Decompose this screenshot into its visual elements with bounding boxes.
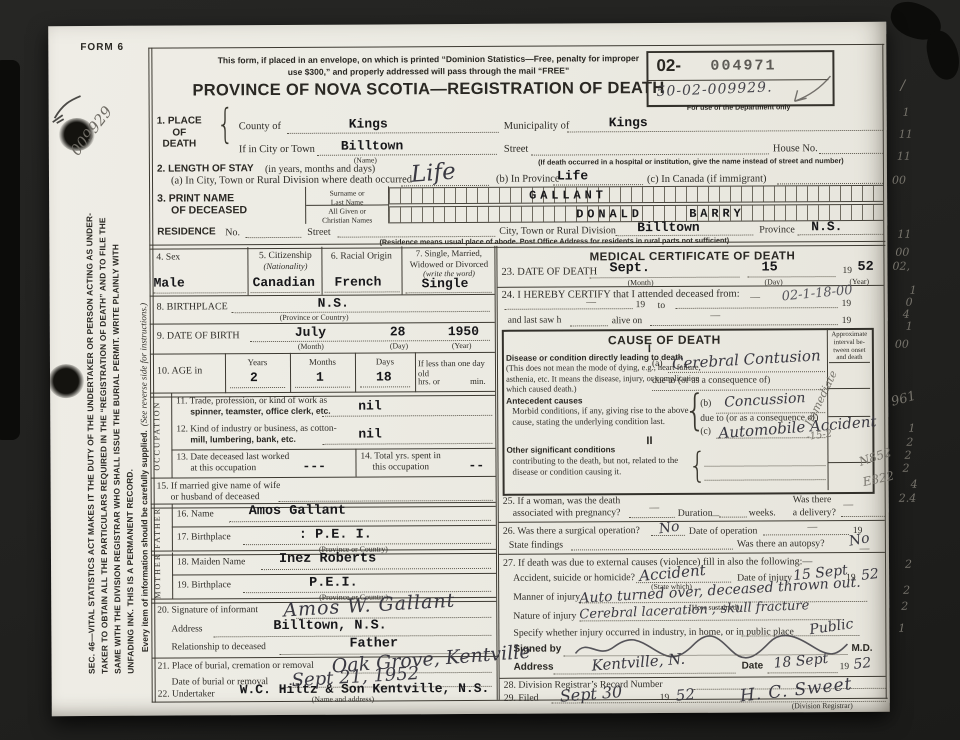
interval-header: Approximateinterval be-tween onset and d… [829, 331, 870, 363]
s8-line [232, 310, 490, 313]
pencil-mark: — [807, 520, 818, 533]
s19-label: 19. Birthplace [177, 580, 231, 590]
interval-rule2 [828, 416, 870, 417]
pencil-mark: 4 [903, 308, 910, 321]
s4-value: Male [154, 275, 185, 290]
s27-nature-line [579, 618, 841, 621]
s14-l2: this occupation [372, 462, 429, 472]
pencil-mark: 11 [897, 150, 911, 163]
interval-rule1 [828, 388, 870, 389]
s1-heading-l3: DEATH [157, 138, 202, 150]
s13-value: --- [302, 459, 325, 474]
father-strip-label: FATHER [153, 505, 171, 551]
s1-heading-l2: OF [157, 127, 202, 139]
given-name-1: DONALD [576, 207, 643, 221]
s5-label: 5. Citizenship [249, 251, 321, 261]
s1-house-label: House No. [773, 143, 818, 154]
reverse-side-note: (See reverse side for instructions.) [138, 303, 149, 426]
s9-m-note: (Month) [298, 342, 324, 351]
s22-note: (Name and address) [312, 695, 374, 704]
s10-l1 [230, 386, 285, 388]
s1-county-value: Kings [349, 116, 388, 131]
s26-line1 [651, 534, 685, 536]
s23-year: 52 [857, 260, 873, 275]
pencil-mark: 961 [890, 389, 918, 410]
given-name-2: BARRY [689, 207, 745, 221]
s10-l3 [360, 385, 410, 387]
s7-label: 7. Single, Married, Widowed or Divorced … [404, 248, 493, 279]
s11-line [322, 414, 492, 417]
s27-addr-line [554, 672, 736, 675]
rule-under-row25 [499, 520, 885, 523]
s26-findings: State findings [509, 540, 563, 551]
mail-note-line1: This form, if placed in an envelope, on … [188, 53, 668, 67]
s24-l1 [505, 307, 633, 310]
surname-grid: GALLANT [389, 185, 883, 205]
s1-heading-l1: 1. PLACE [157, 115, 202, 127]
s2-sub: (in years, months and days) [265, 163, 375, 175]
s10-l2 [295, 386, 350, 388]
s7-label-l2: Widowed or Divorced [404, 258, 493, 269]
s16-label: 16. Name [177, 509, 214, 519]
s20-addr-value: Billtown, N.S. [273, 618, 386, 634]
s15-l2: or husband of deceased [171, 492, 260, 502]
s13-l2: at this occupation [190, 463, 256, 473]
s2b-label: (b) In Province [496, 174, 560, 185]
pencil-mark: 4 [911, 478, 918, 491]
s8-note: (Province or Country) [280, 313, 349, 322]
certificate-paper: FORM 6 009929 SEC. 46—VITAL STATISTICS A… [48, 22, 890, 716]
s26-autopsy-value: No [848, 530, 871, 549]
pencil-mark: 2 [903, 584, 910, 597]
pencil-mark: 2 [906, 436, 913, 449]
scanned-death-certificate: FORM 6 009929 SEC. 46—VITAL STATISTICS A… [0, 0, 960, 740]
supplied-text: Every item of information should be care… [139, 430, 150, 652]
s1-street-label: Street [504, 144, 529, 155]
s6-label: 6. Racial Origin [323, 251, 399, 261]
s20-label: 20. Signature of informant [157, 605, 258, 616]
s1-heading: 1. PLACE OF DEATH [157, 115, 202, 150]
s25-weeks: weeks. [749, 507, 776, 518]
s15-l1: 15. If married give name of wife [157, 481, 281, 492]
s10-label: 10. AGE in [157, 365, 202, 376]
cause-due1: due to (or as a consequence of) [652, 375, 770, 386]
rule-under-row13 [151, 476, 496, 479]
occupation-strip-border [171, 394, 172, 478]
rule-under-row9 [150, 352, 495, 355]
form-border-right [882, 44, 886, 699]
cause-title: CAUSE OF DEATH [502, 332, 827, 348]
pencil-mark: — [710, 309, 721, 322]
s27-doi-year: 52 [860, 566, 879, 584]
s11-l2: spinner, teamster, office clerk, etc. [190, 406, 330, 417]
supplied-notice: Every item of information should be care… [133, 232, 148, 652]
s25-line1 [629, 516, 675, 518]
s26-q: 26. Was there a surgical operation? [503, 525, 640, 537]
s11-value: nil [358, 398, 381, 413]
pencil-mark: 00 [892, 174, 906, 187]
s16-value: Amos Gallant [249, 504, 346, 520]
cause-roman-II: II [646, 435, 652, 447]
s1-county-line [287, 131, 499, 134]
s5-line [251, 291, 320, 293]
stamp-handwritten-number: 50-02-009929. [656, 79, 773, 100]
pencil-mark: 11 [899, 128, 913, 141]
s9-label: 9. DATE OF BIRTH [157, 330, 240, 341]
pencil-mark: 1 [908, 422, 915, 435]
pencil-mark: 02, [892, 260, 910, 273]
occupation-strip-label: OCCUPATION [152, 394, 170, 478]
s20-rel-label: Relationship to deceased [171, 642, 266, 652]
s10-months-h: Months [290, 357, 355, 367]
s27-ash-label: Accident, suicide or homicide? [513, 572, 635, 584]
s23-label: 23. DATE OF DEATH [501, 266, 597, 278]
s27-date-year: 52 [853, 655, 872, 673]
s24-l3 [570, 324, 608, 326]
cause-antecedent-label: Antecedent causes [506, 395, 582, 405]
s13-s14-divider [355, 449, 356, 477]
s27-manner-label: Manner of injury [513, 591, 580, 602]
s27-md: M.D. [851, 643, 872, 654]
s2c-label: (c) In Canada (if immigrant) [647, 173, 767, 185]
s7-value: Single [422, 276, 469, 291]
pencil-mark: 2 [904, 449, 911, 462]
s25-l2: associated with pregnancy? [513, 507, 621, 519]
rule-under-row12 [171, 448, 495, 451]
pencil-mark: — [843, 498, 854, 511]
s9-month: July [295, 325, 326, 340]
s24-l2 [676, 306, 838, 309]
s13-l1: 13. Date deceased last worked [176, 452, 289, 463]
pencil-mark: 1 [903, 106, 910, 119]
s10-v4 [415, 352, 416, 392]
residence-street-label: Street [307, 227, 330, 238]
s26-date-label: Date of operation [689, 525, 758, 536]
s8-label: 8. BIRTHPLACE [157, 301, 228, 312]
residence-prov-value: N.S. [811, 219, 842, 234]
s25-l1: 25. If a woman, was the death [503, 495, 621, 507]
mother-strip-label: MOTHER [153, 553, 171, 599]
s9-y-note: (Year) [452, 341, 472, 350]
cause-a-label: (a) [652, 359, 663, 369]
cause-other-label: Other significant conditions [506, 445, 615, 455]
s10-years-h: Years [225, 357, 290, 367]
film-blotch [923, 27, 960, 82]
s10-days-h: Days [355, 356, 415, 366]
surname-value: GALLANT [529, 188, 607, 202]
s24-19c: 19 [842, 316, 852, 326]
cause-c-label: (c) [700, 427, 711, 437]
pencil-mark: 1 [906, 320, 913, 333]
s26-line2 [763, 533, 849, 535]
film-edge [0, 60, 20, 440]
s10-hrs: hrs. or [418, 376, 440, 386]
s1-municipality-label: Municipality of [504, 120, 570, 131]
s24-l4 [650, 323, 838, 326]
s23-l2 [748, 275, 836, 277]
s18-value: Inez Roberts [279, 551, 376, 567]
s24-lastsaw: and last saw h [508, 316, 562, 326]
s26-autopsy: Was there an autopsy? [737, 538, 825, 549]
statute-notice: SEC. 46—VITAL STATISTICS ACT MAKES IT TH… [83, 204, 129, 674]
residence-city-label: City, Town or Rural Division [499, 225, 616, 237]
pen-arrow-scribble [786, 74, 834, 108]
s24-19a: 19 [636, 300, 646, 310]
s19-value: P.E.I. [309, 576, 358, 591]
s5-sub: (Nationality) [249, 261, 321, 271]
residence-city-value: Billtown [637, 220, 699, 235]
s18-label: 18. Maiden Name [177, 557, 245, 567]
s2a-value: Life [410, 159, 457, 188]
s3-given-label: All Given orChristian Names [306, 206, 388, 224]
pencil-mark: 11 [897, 228, 911, 241]
pencil-mark: 00 [895, 246, 909, 259]
form-border-top [148, 44, 884, 49]
s23-l1 [590, 276, 740, 279]
pencil-mark: 1 [898, 622, 905, 635]
s14-l1: 14. Total yrs. spent in [360, 451, 440, 461]
s1-brace: { [217, 101, 234, 148]
medical-title: MEDICAL CERTIFICATE OF DEATH [501, 250, 883, 264]
s24-alive: alive on [612, 316, 642, 326]
pencil-mark: 2 [905, 558, 912, 571]
s9-day: 28 [390, 324, 406, 339]
stamp-prefix: 02- [656, 56, 681, 76]
s24-to: to [658, 301, 665, 311]
s23-month: Sept. [609, 261, 650, 276]
residence-prov-label: Province [759, 224, 795, 235]
form-number: FORM 6 [80, 42, 124, 53]
s27-date-line [768, 671, 838, 673]
residence-label: RESIDENCE [157, 226, 215, 237]
cause-other-note: contributing to the death, but not, rela… [512, 455, 700, 478]
s8-value: N.S. [318, 296, 349, 311]
s12-l1: 12. Kind of industry or business, as cot… [176, 424, 336, 435]
pencil-mark: 1 [910, 284, 917, 297]
s12-line [322, 442, 492, 445]
s25-wt1: Was there [793, 494, 832, 505]
cause-morbid-note: Morbid conditions, if any, giving rise t… [512, 405, 690, 428]
s1-hospital-note: (If death occurred in a hospital or inst… [497, 156, 885, 167]
s23-day: 15 [761, 260, 777, 275]
s7-label-l1: 7. Single, Married, [404, 248, 493, 259]
rule-under-row26 [499, 552, 885, 555]
s2b-value: Life [557, 168, 588, 183]
s2a-label: (a) In City, Town or Rural Division wher… [171, 174, 412, 186]
s3-heading-l2: OF DECEASED [171, 204, 247, 216]
s27-19b: 19 [840, 662, 850, 672]
s25-wt2: a delivery? [793, 507, 836, 518]
s6-value: French [335, 274, 382, 289]
s6-line [325, 290, 400, 292]
s16-line [229, 519, 491, 522]
s1-county-label: County of [239, 121, 281, 132]
pencil-mark: — [649, 501, 660, 514]
residence-no-label: No. [225, 227, 240, 238]
s20-addr-label: Address [171, 624, 202, 634]
s29-note: (Division Registrar) [792, 701, 853, 710]
s25-duration: Duration [678, 508, 713, 519]
s9-year: 1950 [448, 324, 479, 339]
s27-date-label: Date [742, 660, 764, 671]
pencil-mark: 2 [902, 462, 909, 475]
s9-d-note: (Day) [390, 341, 408, 350]
s1-street-line [531, 152, 769, 155]
s17-label: 17. Birthplace [177, 532, 231, 542]
s4-line [154, 291, 246, 293]
s20-rel-value: Father [349, 636, 398, 651]
stamp-number: 004971 [710, 57, 776, 74]
s1-municipality-value: Kings [609, 115, 648, 130]
s5-value: Canadian [253, 275, 315, 290]
s2-heading: 2. LENGTH OF STAY [157, 163, 254, 175]
s10-days-v: 18 [376, 369, 392, 384]
s4-label: 4. Sex [156, 253, 180, 263]
form-title: PROVINCE OF NOVA SCOTIA—REGISTRATION OF … [168, 79, 688, 101]
given-names-grid: DONALD BARRY [389, 204, 883, 224]
s23-19: 19 [842, 266, 852, 276]
interval-rule3 [828, 462, 870, 463]
s27-nature-label: Nature of injury [513, 610, 576, 621]
s25-line3 [841, 515, 885, 517]
pencil-mark: 00 [895, 338, 909, 351]
pencil-mark: 2.4 [899, 492, 917, 505]
s24-label: 24. I HEREBY CERTIFY that I attended dec… [502, 289, 740, 301]
mail-note: This form, if placed in an envelope, on … [188, 53, 668, 79]
pencil-mark: 2 [901, 600, 908, 613]
mail-note-line2: use $300,” and properly addressed will p… [188, 65, 668, 79]
s26-line3 [571, 548, 733, 551]
s17-value: : P.E. I. [299, 528, 372, 543]
s1-city-value: Billtown [341, 138, 403, 153]
s1-house-line [819, 152, 883, 154]
punch-hole [48, 364, 84, 398]
s29-label: 29. Filed [504, 693, 539, 704]
pencil-mark: 0 [906, 296, 913, 309]
pen-check-scribble [51, 92, 85, 126]
s10-years-v: 2 [250, 370, 258, 385]
s22-label: 22. Undertaker [158, 689, 215, 699]
s10-months-v: 1 [316, 370, 324, 385]
s25-line2 [719, 516, 747, 518]
s12-value: nil [358, 426, 381, 441]
s1-city-label: If in City or Town [239, 144, 315, 155]
s3-heading-l1: 3. PRINT NAME [157, 192, 234, 204]
s12-l2: mill, lumbering, bank, etc. [190, 434, 296, 445]
pencil-mark: — [750, 290, 761, 303]
cause-b-label: (b) [700, 399, 711, 409]
s3-sublabel-box: Surname orLast Name All Given orChristia… [305, 186, 389, 223]
s10-min: min. [470, 376, 486, 386]
pencil-mark: ∕ [900, 78, 905, 94]
s24-19b: 19 [842, 299, 852, 309]
s14-value: -- [468, 458, 484, 473]
s18-line [261, 567, 491, 570]
s6-s7-divider [401, 246, 402, 294]
